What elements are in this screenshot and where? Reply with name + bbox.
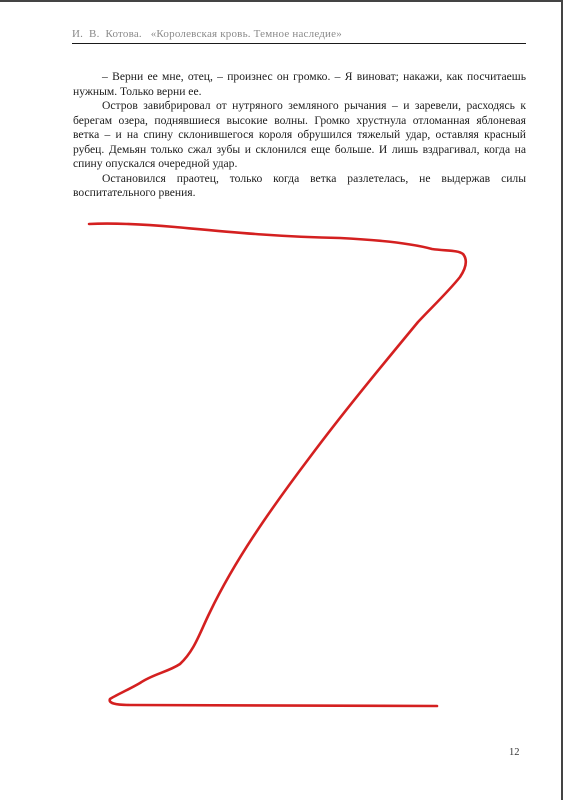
paragraph: – Верни ее мне, отец, – произнес он гром…	[73, 70, 526, 99]
header-author: И. В. Котова.	[72, 28, 142, 40]
page-number: 12	[509, 747, 520, 758]
document-page: И. В. Котова. «Королевская кровь. Темное…	[0, 0, 563, 800]
header-rule	[72, 43, 526, 44]
paragraph: Остановился праотец, только когда ветка …	[73, 172, 526, 201]
running-header: И. В. Котова. «Королевская кровь. Темное…	[72, 28, 342, 40]
paragraph: Остров завибрировал от нутряного земляно…	[73, 99, 526, 172]
header-book-title: «Королевская кровь. Темное наследие»	[151, 28, 342, 40]
body-text: – Верни ее мне, отец, – произнес он гром…	[73, 70, 526, 201]
